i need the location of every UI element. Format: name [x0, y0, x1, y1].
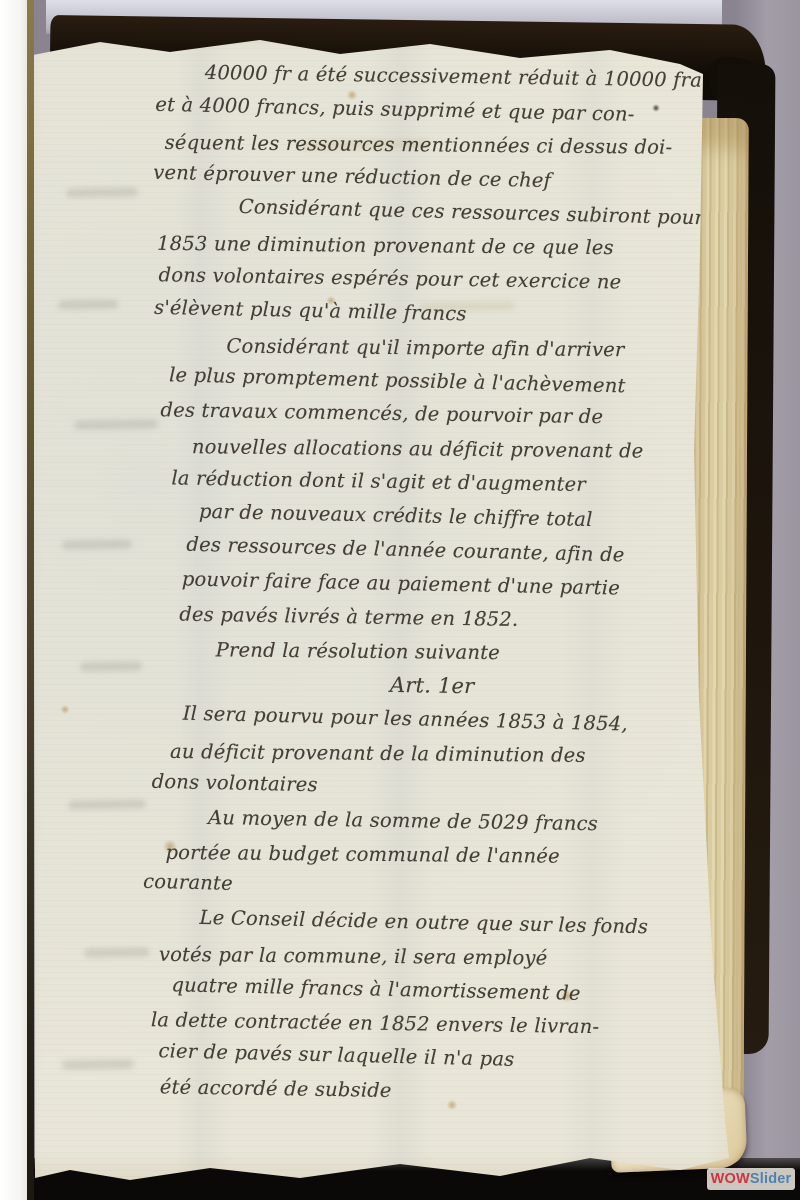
watermark: WOWSlider [707, 1168, 795, 1190]
manuscript-page: 40000 fr a été successivement réduit à 1… [0, 0, 800, 1200]
foxing-stain [60, 705, 70, 714]
photo-scene: 40000 fr a été successivement réduit à 1… [0, 0, 800, 1200]
bleedthrough-mark [62, 539, 132, 549]
binding-edge [27, 0, 34, 1200]
bleedthrough-mark [62, 1059, 134, 1069]
watermark-wow: WOW [711, 1171, 750, 1187]
manuscript-line: été accordé de subside [132, 1075, 680, 1117]
left-margin-highlight [0, 0, 28, 1200]
manuscript-text: 40000 fr a été successivement réduit à 1… [132, 60, 696, 1118]
bleedthrough-mark [80, 661, 142, 671]
bleedthrough-mark [68, 799, 146, 809]
bleedthrough-mark [66, 187, 138, 197]
bleedthrough-mark [58, 299, 118, 309]
watermark-slider: Slider [750, 1171, 792, 1187]
